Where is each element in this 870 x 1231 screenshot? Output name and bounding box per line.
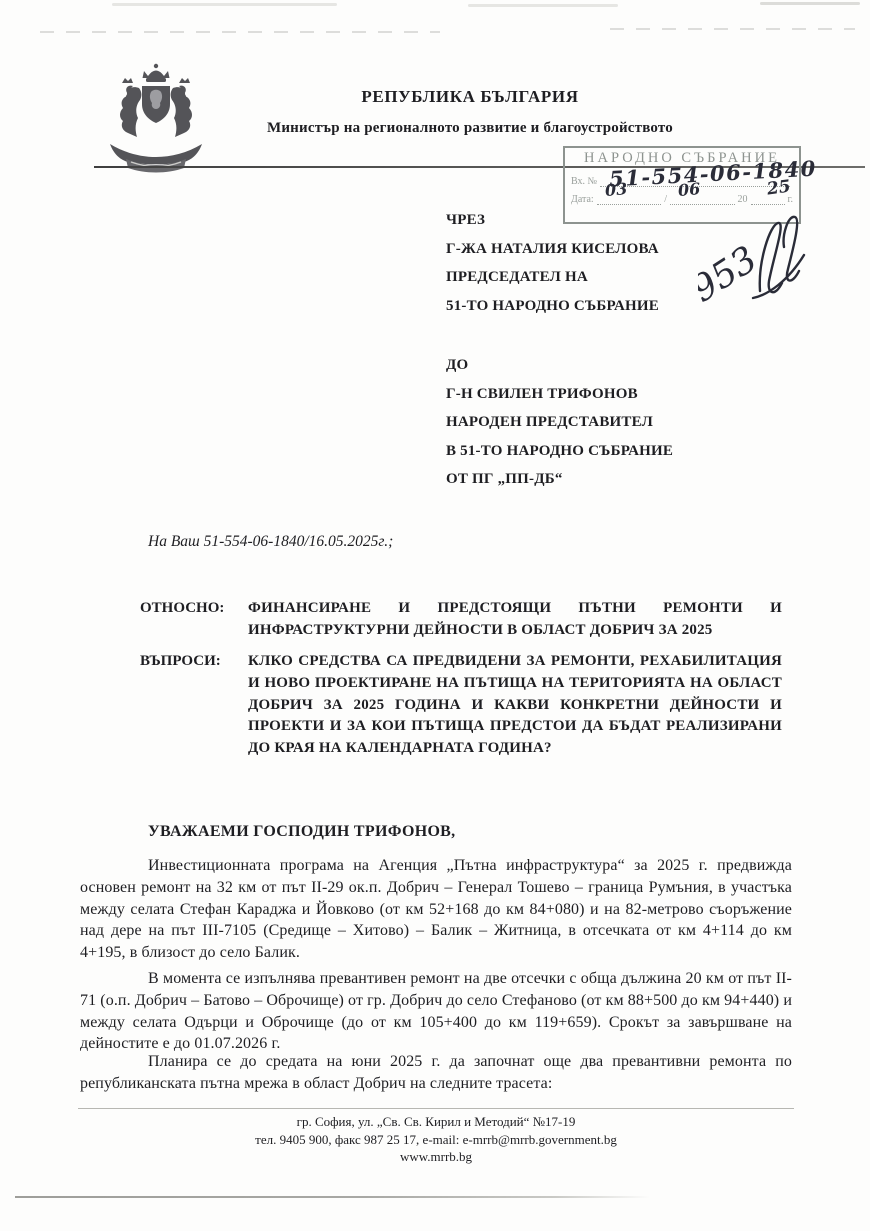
handwritten-note-953: 953: [698, 203, 818, 318]
note-953-digits: 953: [698, 239, 765, 311]
scan-artifact: [468, 4, 618, 7]
questions-text: КЛКО СРЕДСТВА СА ПРЕДВИДЕНИ ЗА РЕМОНТИ, …: [248, 651, 782, 760]
scan-artifact: [40, 31, 440, 33]
footer-address: гр. София, ул. „Св. Св. Кирил и Методий“…: [80, 1113, 792, 1131]
to-block: ДО Г-Н СВИЛЕН ТРИФОНОВ НАРОДЕН ПРЕДСТАВИ…: [446, 351, 673, 494]
stamp-date-day-line: 03: [597, 194, 662, 205]
subject-section: ОТНОСНО: ФИНАНСИРАНЕ И ПРЕДСТОЯЩИ ПЪТНИ …: [140, 597, 782, 641]
footer: гр. София, ул. „Св. Св. Кирил и Методий“…: [80, 1113, 792, 1166]
through-line: ПРЕДСЕДАТЕЛ НА: [446, 263, 659, 292]
scan-artifact: [112, 3, 337, 6]
questions-section: ВЪПРОСИ: КЛКО СРЕДСТВА СА ПРЕДВИДЕНИ ЗА …: [140, 651, 782, 760]
footer-website: www.mrrb.bg: [80, 1148, 792, 1166]
to-line: В 51-ТО НАРОДНО СЪБРАНИЕ: [446, 437, 673, 466]
subject-label: ОТНОСНО:: [140, 597, 248, 641]
through-line: ЧРЕЗ: [446, 206, 659, 235]
body-paragraph: Инвестиционната програма на Агенция „Път…: [80, 855, 792, 964]
body-paragraph: В момента се изпълнява превантивен ремон…: [80, 968, 792, 1055]
through-block: ЧРЕЗ Г-ЖА НАТАЛИЯ КИСЕЛОВА ПРЕДСЕДАТЕЛ Н…: [446, 206, 659, 320]
scan-artifact: [760, 2, 860, 5]
republic-title: РЕПУБЛИКА БЪЛГАРИЯ: [240, 87, 700, 107]
to-line: НАРОДЕН ПРЕДСТАВИТЕЛ: [446, 408, 673, 437]
through-line: 51-ТО НАРОДНО СЪБРАНИЕ: [446, 292, 659, 321]
subject-text: ФИНАНСИРАНЕ И ПРЕДСТОЯЩИ ПЪТНИ РЕМОНТИ И…: [248, 597, 782, 641]
to-line: ДО: [446, 351, 673, 380]
stamp-reg-label: Вх. №: [571, 176, 597, 187]
footer-divider: [78, 1108, 794, 1109]
through-line: Г-ЖА НАТАЛИЯ КИСЕЛОВА: [446, 235, 659, 264]
scan-artifact: [610, 28, 855, 30]
salutation: УВАЖАЕМИ ГОСПОДИН ТРИФОНОВ,: [148, 823, 455, 841]
questions-label: ВЪПРОСИ:: [140, 651, 248, 760]
footer-contacts: тел. 9405 900, факс 987 25 17, e-mail: e…: [80, 1131, 792, 1149]
stamp-date-label: Дата:: [571, 194, 594, 205]
body-paragraph: Планира се до средата на юни 2025 г. да …: [80, 1051, 792, 1095]
to-line: ОТ ПГ „ПП-ДБ“: [446, 465, 673, 494]
scan-artifact-line: [15, 1196, 650, 1198]
to-line: Г-Н СВИЛЕН ТРИФОНОВ: [446, 380, 673, 409]
bulgaria-coat-of-arms-icon: [106, 60, 206, 174]
reference-line: На Ваш 51-554-06-1840/16.05.2025г.;: [148, 533, 393, 551]
minister-title: Министър на регионалното развитие и благ…: [225, 120, 715, 137]
scanned-letter-page: РЕПУБЛИКА БЪЛГАРИЯ Министър на регионалн…: [0, 0, 870, 1231]
stamp-date-separator: /: [664, 194, 667, 205]
